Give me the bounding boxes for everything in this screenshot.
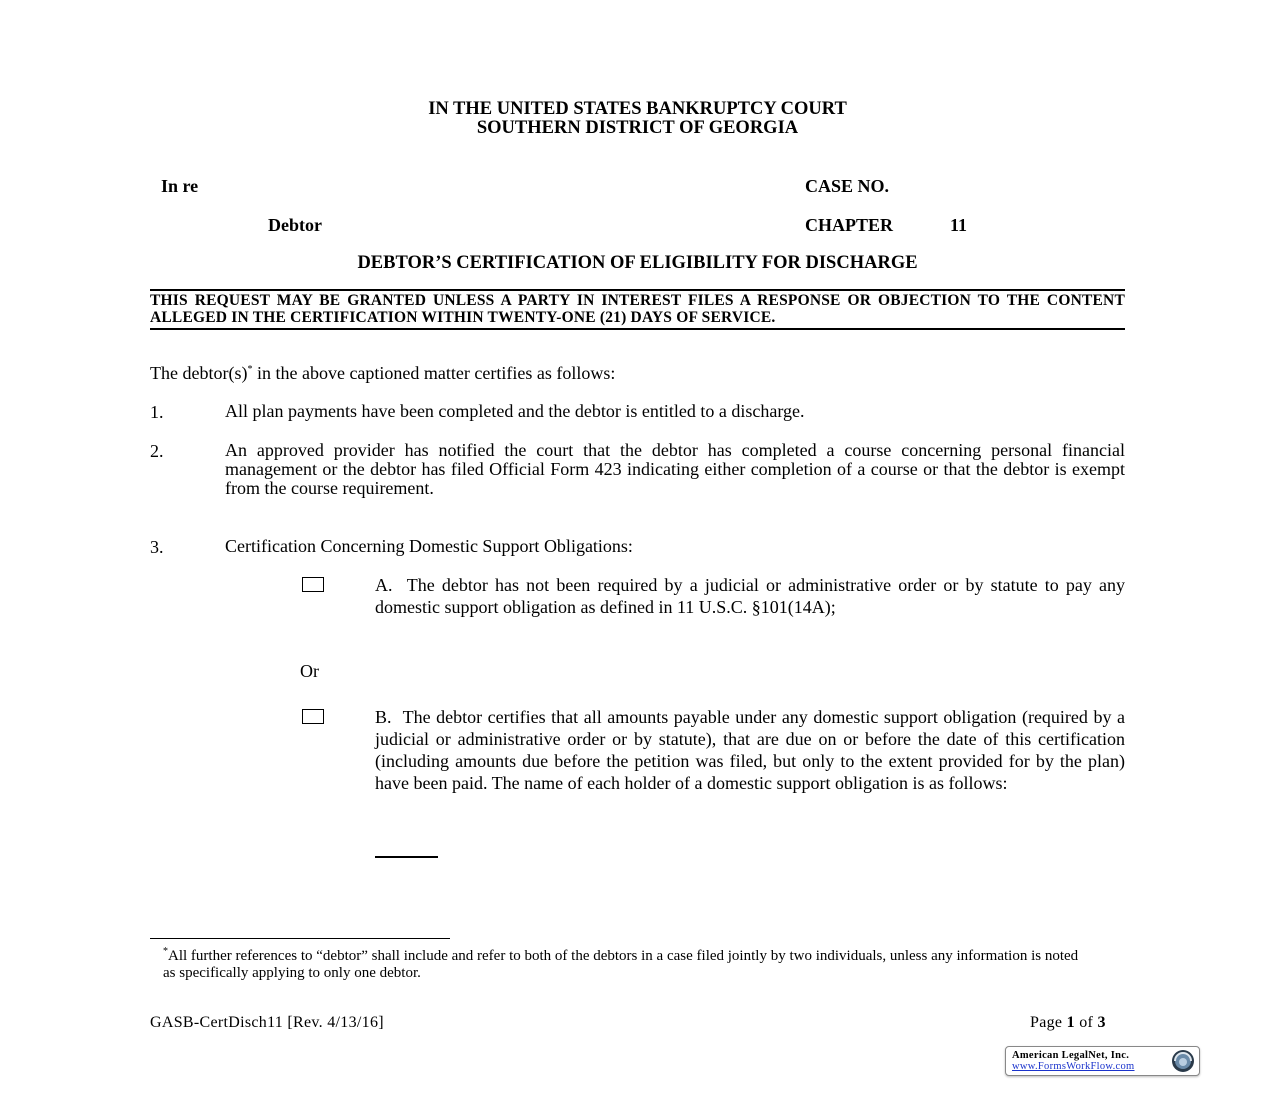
page-current: 1 xyxy=(1067,1014,1075,1031)
american-legalnet-badge[interactable]: American LegalNet, Inc. www.FormsWorkFlo… xyxy=(1005,1046,1200,1076)
badge-url-link[interactable]: www.FormsWorkFlow.com xyxy=(1012,1061,1135,1072)
item-number: 3. xyxy=(150,537,164,558)
intro-text-after: in the above captioned matter certifies … xyxy=(252,363,615,383)
court-name: IN THE UNITED STATES BANKRUPTCY COURT xyxy=(0,100,1275,119)
objection-notice: THIS REQUEST MAY BE GRANTED UNLESS A PAR… xyxy=(150,289,1125,330)
in-re-label: In re xyxy=(161,176,198,197)
case-no-label: CASE NO. xyxy=(805,176,889,197)
footnote-divider xyxy=(150,938,450,939)
item-number: 1. xyxy=(150,402,164,423)
intro-statement: The debtor(s)* in the above captioned ma… xyxy=(150,364,615,383)
option-b: B. The debtor certifies that all amounts… xyxy=(375,706,1125,794)
footnote-text: All further references to “debtor” shall… xyxy=(163,948,1078,981)
item-text: Certification Concerning Domestic Suppor… xyxy=(225,537,1125,556)
globe-logo-icon xyxy=(1171,1049,1195,1073)
form-id: GASB-CertDisch11 [Rev. 4/13/16] xyxy=(150,1014,384,1032)
holder-name-blank[interactable] xyxy=(375,856,438,858)
item-text: An approved provider has notified the co… xyxy=(225,441,1125,499)
chapter-value: 11 xyxy=(950,215,967,236)
option-a-label: A. xyxy=(375,575,393,595)
page-prefix: Page xyxy=(1030,1014,1067,1031)
page-indicator: Page 1 of 3 xyxy=(1030,1014,1106,1032)
footnote: *All further references to “debtor” shal… xyxy=(163,948,1083,982)
option-a: A. The debtor has not been required by a… xyxy=(375,574,1125,618)
page-of: of xyxy=(1075,1014,1098,1031)
option-b-checkbox[interactable] xyxy=(302,709,324,724)
item-text: All plan payments have been completed an… xyxy=(225,402,1125,421)
chapter-label: CHAPTER xyxy=(805,215,893,236)
page-total: 3 xyxy=(1097,1014,1105,1031)
court-district: SOUTHERN DISTRICT OF GEORGIA xyxy=(0,119,1275,138)
court-header: IN THE UNITED STATES BANKRUPTCY COURT SO… xyxy=(0,100,1275,138)
intro-text-before: The debtor(s) xyxy=(150,363,247,383)
option-a-checkbox[interactable] xyxy=(302,577,324,592)
badge-company: American LegalNet, Inc. xyxy=(1012,1050,1129,1061)
document-title: DEBTOR’S CERTIFICATION OF ELIGIBILITY FO… xyxy=(0,253,1275,274)
option-b-label: B. xyxy=(375,707,392,727)
item-number: 2. xyxy=(150,441,164,462)
option-b-text: The debtor certifies that all amounts pa… xyxy=(375,707,1125,793)
debtor-label: Debtor xyxy=(268,215,322,236)
option-a-text: The debtor has not been required by a ju… xyxy=(375,575,1125,617)
or-label: Or xyxy=(300,662,319,681)
